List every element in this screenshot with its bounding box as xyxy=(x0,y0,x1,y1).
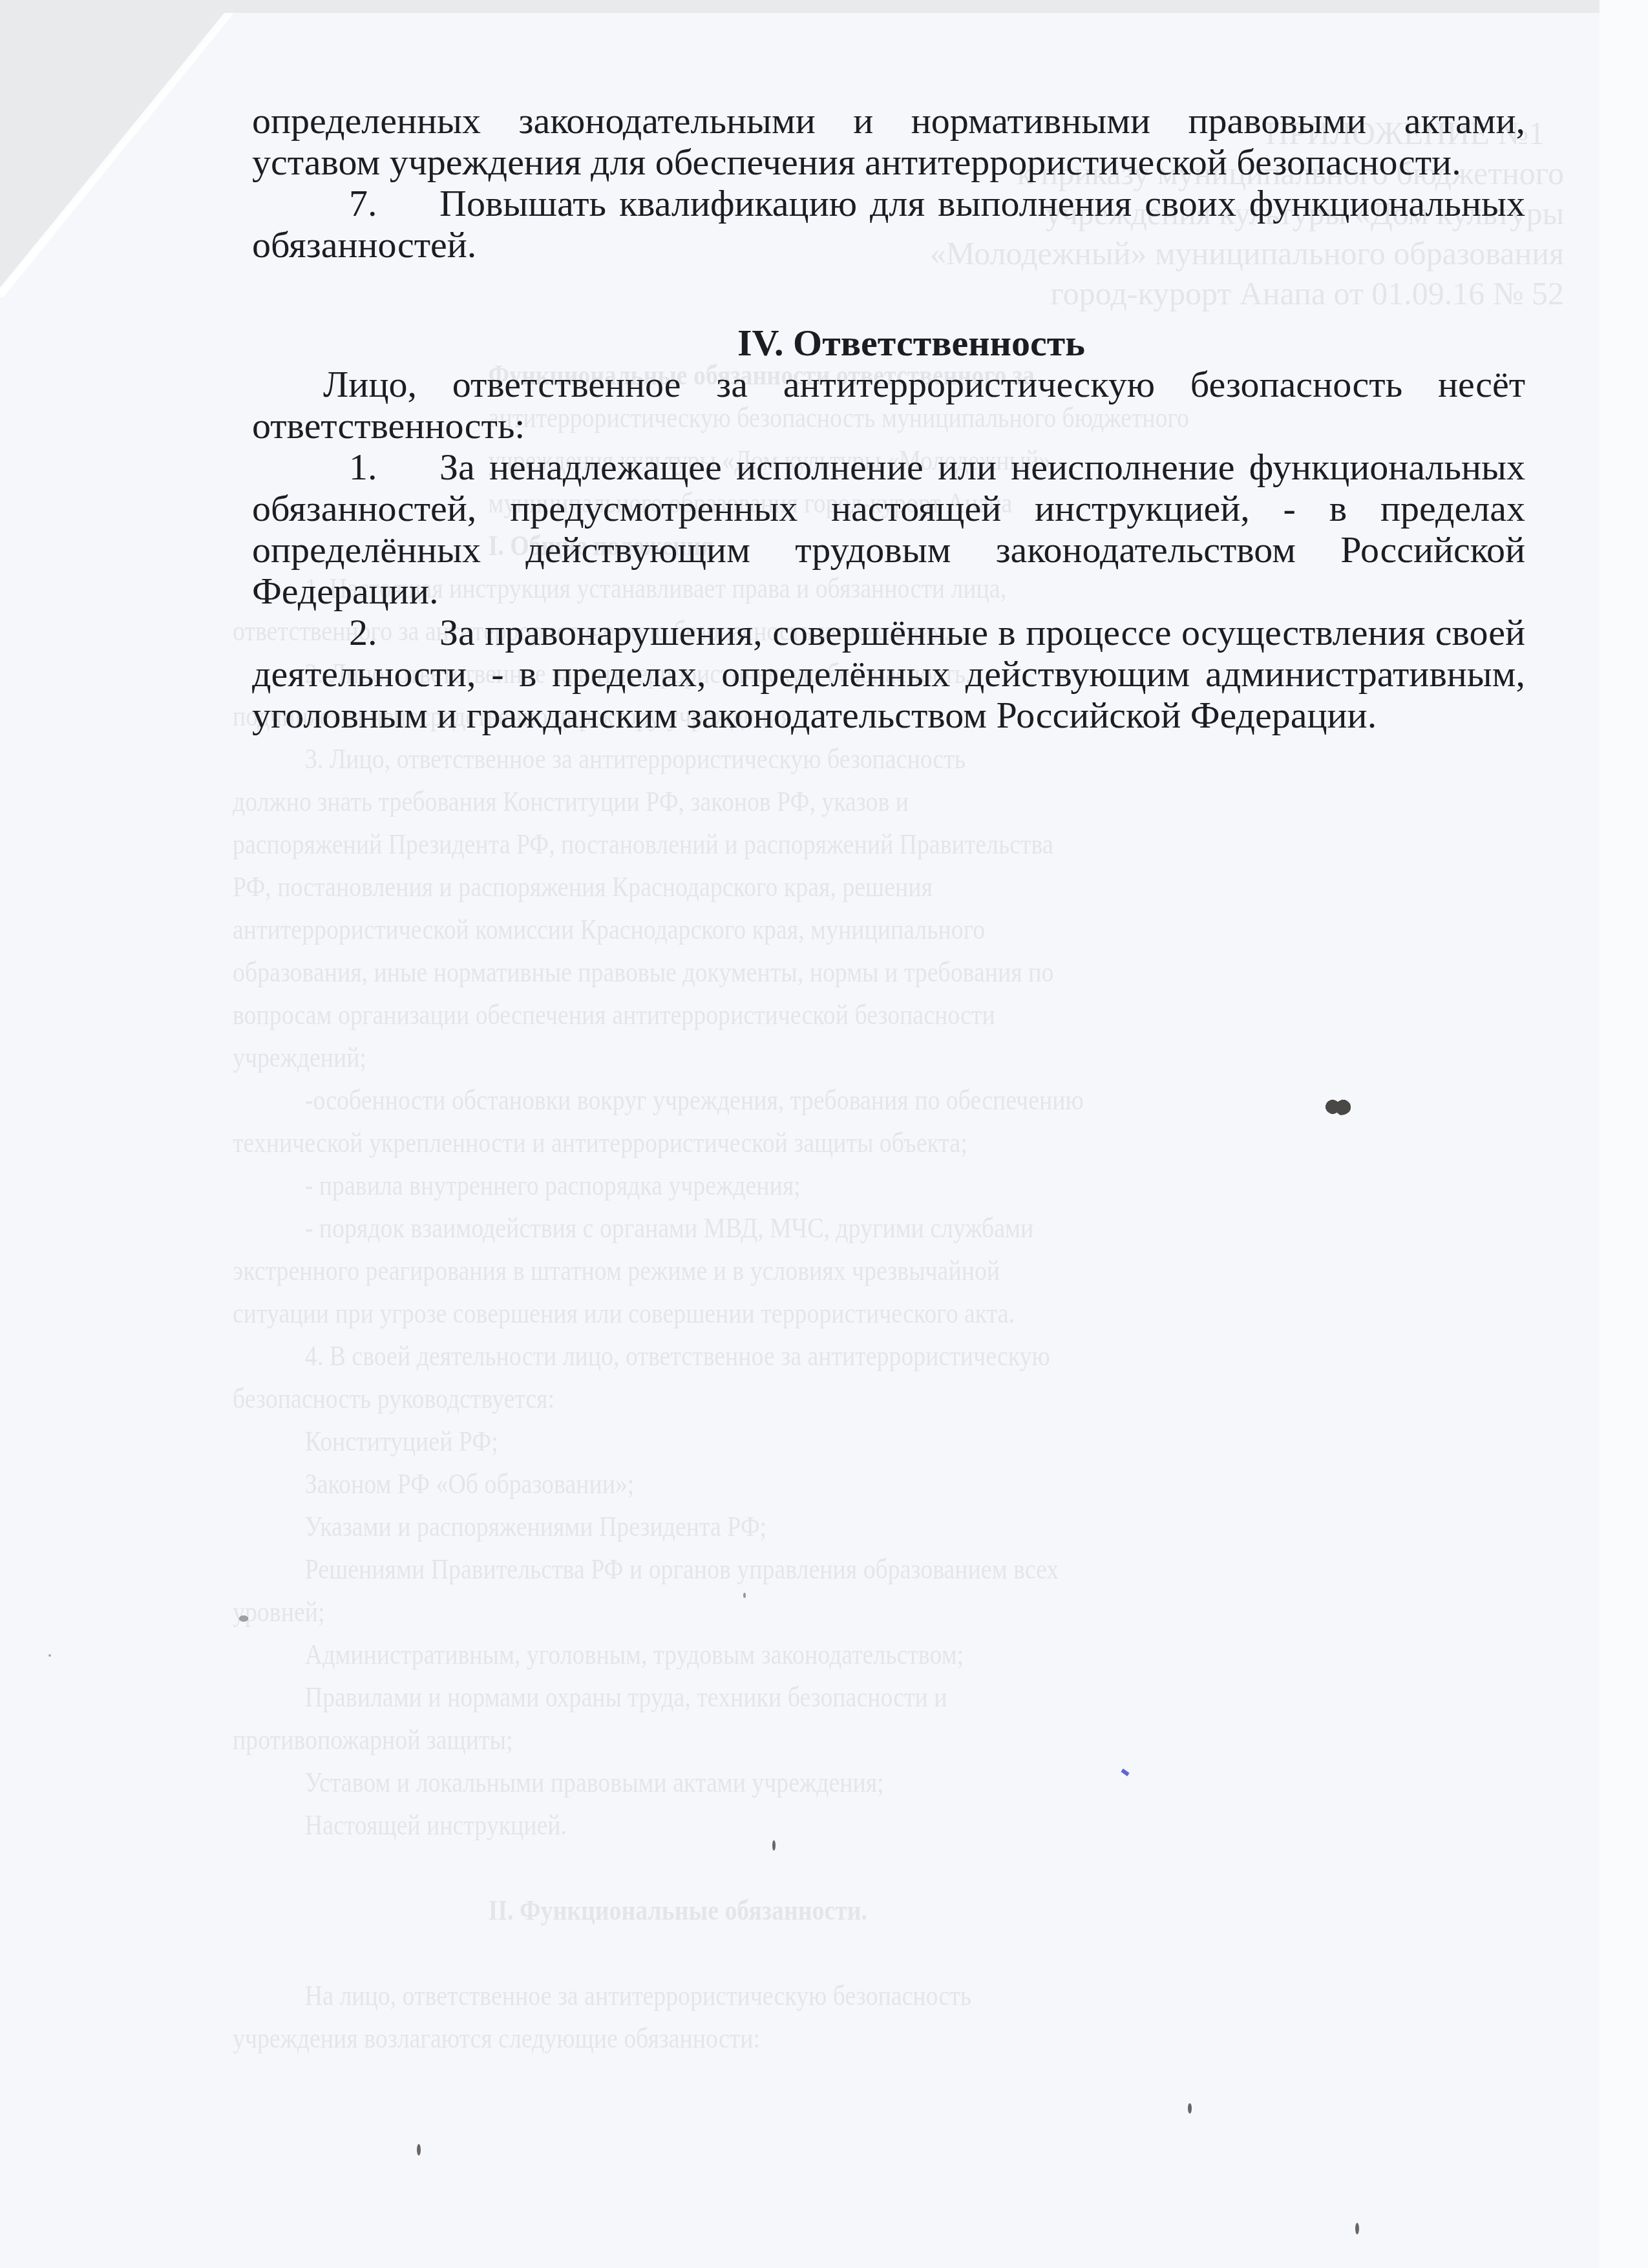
section-title: IV. Ответственность xyxy=(252,322,1525,364)
ghost-section-title: II. Функциональные обязанности. xyxy=(233,1889,1594,1932)
ghost-body-line: распоряжений Президента РФ, постановлени… xyxy=(233,823,1594,866)
text-line: обязанностей. xyxy=(252,224,1525,266)
ghost-body-line: технической укрепленности и антитеррорис… xyxy=(233,1122,1594,1164)
ghost-body-line: -особенности обстановки вокруг учреждени… xyxy=(233,1079,1594,1122)
dust-speck xyxy=(239,1615,248,1622)
text-line: уставом учреждения для обеспечения антит… xyxy=(252,142,1525,183)
text-line: обязанностей, предусмотренных настоящей … xyxy=(252,488,1525,529)
dust-speck xyxy=(1355,2223,1359,2234)
list-item-7: 7.Повышать квалификацию для выполнения с… xyxy=(252,183,1525,266)
list-item-first-line: 2.За правонарушения, совершённые в проце… xyxy=(252,612,1525,653)
ghost-body-line: Правилами и нормами охраны труда, техник… xyxy=(233,1676,1594,1719)
ghost-body-line: антитеррористической комиссии Краснодарс… xyxy=(233,908,1594,951)
ghost-body-line: 4. В своей деятельности лицо, ответствен… xyxy=(233,1335,1594,1378)
ghost-body-line: Законом РФ «Об образовании»; xyxy=(233,1463,1594,1506)
ghost-body-line: противопожарной защиты; xyxy=(233,1719,1594,1761)
list-item-text: За ненадлежащее исполнение или неисполне… xyxy=(439,446,1525,488)
text-line: уголовным и гражданским законодательство… xyxy=(252,695,1525,736)
list-item-text: За правонарушения, совершённые в процесс… xyxy=(439,611,1525,653)
ghost-body-line: экстренного реагирования в штатном режим… xyxy=(233,1250,1594,1292)
ghost-spacer xyxy=(233,1932,1594,1975)
ghost-body-line: безопасность руководствуется: xyxy=(233,1378,1594,1420)
dust-speck xyxy=(48,1654,51,1657)
list-item-number: 7. xyxy=(349,183,439,224)
ink-blot xyxy=(1325,1098,1351,1115)
continuation-paragraph: определенных законодательными и норматив… xyxy=(252,100,1525,183)
text-line: определенных законодательными и норматив… xyxy=(252,100,1525,142)
ghost-body-line: - порядок взаимодействия с органами МВД,… xyxy=(233,1207,1594,1250)
list-item-number: 2. xyxy=(349,612,439,653)
ghost-body-line: - правила внутреннего распорядка учрежде… xyxy=(233,1164,1594,1207)
ghost-body-line: Уставом и локальными правовыми актами уч… xyxy=(233,1761,1594,1804)
list-item-first-line: 1.За ненадлежащее исполнение или неиспол… xyxy=(252,446,1525,488)
ghost-body-line: 3. Лицо, ответственное за антитеррористи… xyxy=(233,738,1594,781)
scanner-bed-margin xyxy=(1600,0,1648,2268)
text-line: деятельности, - в пределах, определённых… xyxy=(252,653,1525,695)
text-line: определённых действующим трудовым законо… xyxy=(252,529,1525,571)
section-intro: Лицо, ответственное за антитеррористичес… xyxy=(252,364,1525,446)
list-item-first-line: 7.Повышать квалификацию для выполнения с… xyxy=(252,183,1525,224)
dust-speck xyxy=(743,1593,746,1598)
dust-speck xyxy=(772,1840,776,1851)
ghost-closing-line: учреждения возлагаются следующие обязанн… xyxy=(233,2017,1594,2060)
ghost-spacer xyxy=(233,1847,1594,1889)
list-item-2: 2.За правонарушения, совершённые в проце… xyxy=(252,612,1525,736)
ghost-body-line: уровней; xyxy=(233,1591,1594,1633)
ghost-body-line: Решениями Правительства РФ и органов упр… xyxy=(233,1548,1594,1591)
list-item-text: Повышать квалификацию для выполнения сво… xyxy=(439,182,1525,224)
document-body: определенных законодательными и норматив… xyxy=(252,100,1525,736)
ghost-body-line: должно знать требования Конституции РФ, … xyxy=(233,781,1594,823)
text-line: Федерации. xyxy=(252,571,1525,612)
ghost-body-line: РФ, постановления и распоряжения Краснод… xyxy=(233,866,1594,908)
ghost-body-line: образования, иные нормативные правовые д… xyxy=(233,951,1594,994)
text-line: Лицо, ответственное за антитеррористичес… xyxy=(252,364,1525,405)
list-item-1: 1.За ненадлежащее исполнение или неиспол… xyxy=(252,446,1525,612)
ghost-body-line: Указами и распоряжениями Президента РФ; xyxy=(233,1506,1594,1548)
ghost-body-line: Конституцией РФ; xyxy=(233,1420,1594,1463)
ghost-body-line: учреждений; xyxy=(233,1036,1594,1079)
ghost-body-line: вопросам организации обеспечения антитер… xyxy=(233,994,1594,1036)
ghost-body-line: ситуации при угрозе совершения или совер… xyxy=(233,1292,1594,1335)
ghost-body-line: Настоящей инструкцией. xyxy=(233,1804,1594,1847)
text-line: ответственность: xyxy=(252,405,1525,446)
dust-speck xyxy=(417,2144,421,2156)
dust-speck xyxy=(1188,2103,1192,2114)
list-item-number: 1. xyxy=(349,446,439,488)
ghost-closing-line: На лицо, ответственное за антитеррористи… xyxy=(233,1975,1594,2017)
ghost-body-line: Административным, уголовным, трудовым за… xyxy=(233,1633,1594,1676)
